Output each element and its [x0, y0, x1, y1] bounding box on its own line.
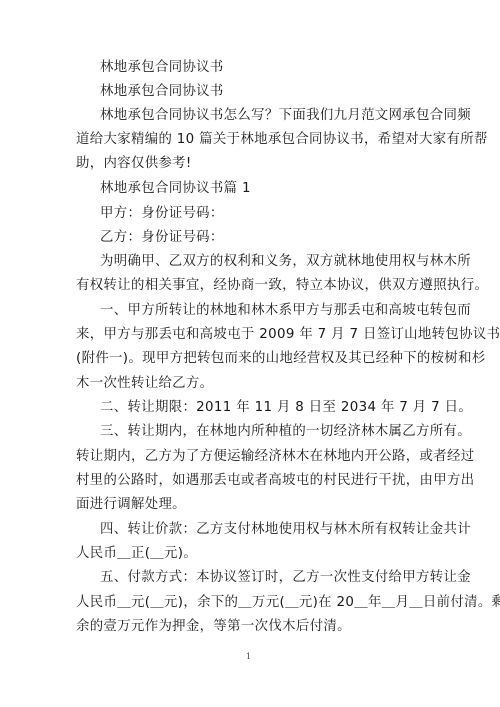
clause-4-line-1: 四、转让价款：乙方支付林地使用权与林木所有权转让金共计	[100, 518, 471, 542]
clause-3-line-1: 三、转让期内，在林地内所种植的一切经济林木属乙方所有。	[100, 420, 471, 444]
section-heading: 林地承包合同协议书篇 1	[100, 177, 251, 201]
clause-5-line-3: 余的壹万元作为押金，等第一次伐木后付清。	[76, 615, 351, 639]
clause-3-line-4: 面进行调解处理。	[76, 493, 186, 517]
clause-3-line-3: 村里的公路时，如遇那丢屯或者高坡屯的村民进行干扰，由甲方出	[76, 469, 474, 493]
preamble-line-1: 为明确甲、乙双方的权利和义务，双方就林地使用权与林木所	[100, 250, 471, 274]
intro-line-1: 林地承包合同协议书怎么写？下面我们九月范文网承包合同频	[100, 104, 471, 128]
clause-4-line-2: 人民币＿正(＿元)。	[76, 542, 197, 566]
document-title: 林地承包合同协议书	[100, 56, 224, 80]
clause-5-line-2: 人民币＿元(＿元)，余下的＿万元(＿元)在 20＿年＿月＿日前付清。剩	[76, 591, 500, 615]
intro-line-3: 助，内容仅供参考!	[76, 152, 192, 176]
clause-1-line-3: (附件一)。现甲方把转包而来的山地经营权及其已经种下的桉树和杉	[76, 347, 486, 371]
document-subtitle: 林地承包合同协议书	[100, 80, 224, 104]
clause-1-line-1: 一、甲方所转让的林地和林木系甲方与那丢屯和高坡屯转包而	[100, 299, 471, 323]
page-number: 1	[246, 652, 251, 661]
preamble-line-2: 有权转让的相关事宜，经协商一致，特立本协议，供双方遵照执行。	[76, 274, 488, 298]
clause-1-line-2: 来，甲方与那丢屯和高坡屯于 2009 年 7 月 7 日签订山地转包协议书	[76, 323, 500, 347]
party-a-line: 甲方：身份证号码：	[100, 202, 224, 226]
intro-line-2: 道给大家精编的 10 篇关于林地承包合同协议书，希望对大家有所帮	[76, 128, 488, 152]
clause-2-line-1: 二、转让期限：2011 年 11 月 8 日至 2034 年 7 月 7 日。	[100, 396, 472, 420]
document-page: 林地承包合同协议书 林地承包合同协议书 林地承包合同协议书怎么写？下面我们九月范…	[0, 0, 500, 707]
clause-5-line-1: 五、付款方式：本协议签订时，乙方一次性支付给甲方转让金	[100, 566, 471, 590]
clause-1-line-4: 木一次性转让给乙方。	[76, 372, 213, 396]
party-b-line: 乙方：身份证号码：	[100, 226, 224, 250]
clause-3-line-2: 转让期内，乙方为了方便运输经济林木在林地内开公路，或者经过	[76, 445, 474, 469]
